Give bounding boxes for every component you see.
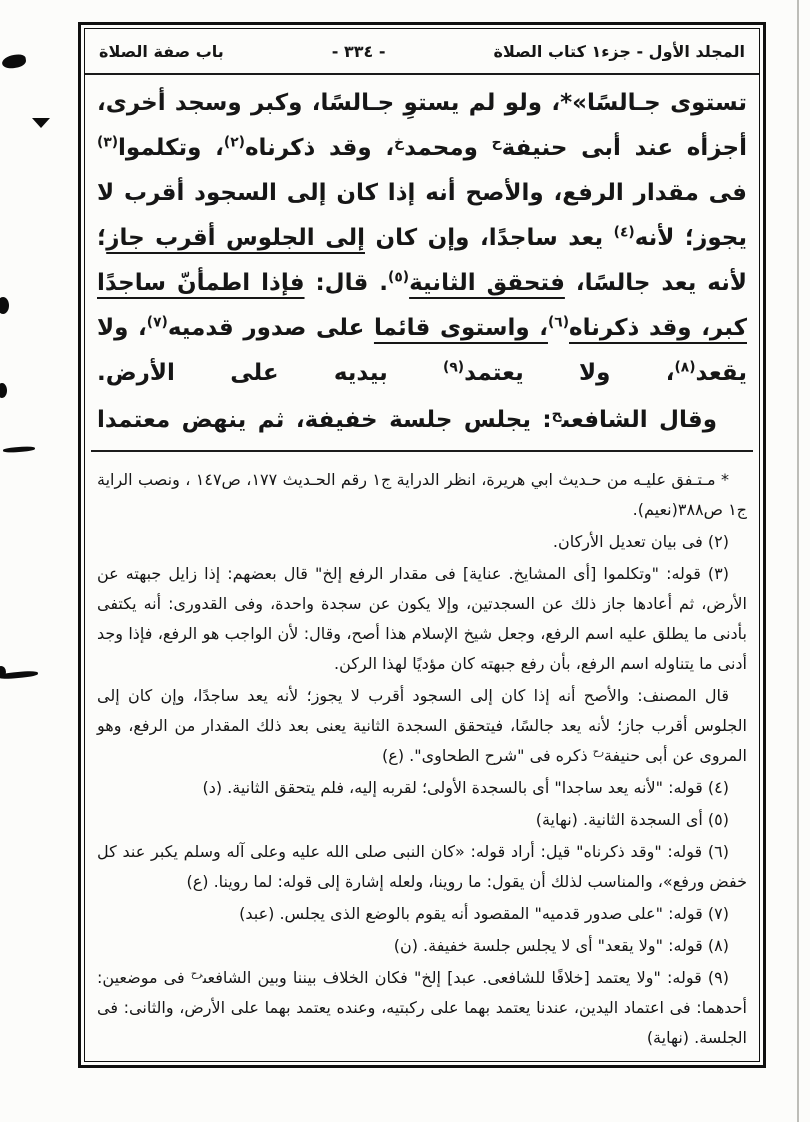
page-header: المجلد الأول - جزء١ كتاب الصلاة - ٣٣٤ - … [85,29,759,75]
footnote-ref: (٧) [147,314,168,330]
footnote-paragraph: (٥) أى السجدة الثانية. (نهاية) [97,805,747,835]
text-run: بيديه على الأرض. [97,360,443,386]
footnote-paragraph: (٣) قوله: "وتكلموا [أى المشايخ. عناية] ف… [97,559,747,679]
text-run: ذكره فى "شرح الطحاوى". (ع) [382,746,593,765]
body-text: تستوى جـالسًا»*، ولو لم يستوِ جـالسًا، و… [85,77,759,449]
ink-mark [0,297,9,314]
text-run: فتحقق الثانية [409,270,565,296]
text-run: (٢) فى بيان تعديل الأركان. [553,532,729,551]
footnote-ref: رح [593,747,604,758]
text-run: ، وتكلموا [118,135,224,161]
text-run: ومحمد [404,135,492,161]
footnote-paragraph: (٢) فى بيان تعديل الأركان. [97,527,747,557]
footnote-paragraph: (٧) قوله: "على صدور قدميه" المقصود أنه ي… [97,899,747,929]
text-run: (٥) أى السجدة الثانية. (نهاية) [536,810,729,829]
text-run: وقال الشافعى [562,407,717,433]
footnote-paragraph: قال المصنف: والأصح أنه إذا كان إلى السجو… [97,681,747,771]
ink-mark [3,446,35,453]
text-run: (٦) قوله: "وقد ذكرناه" قيل: أراد قوله: «… [97,842,747,891]
text-run: * مـتـفق عليـه من حـديث ابي هريرة، انظر … [97,470,747,519]
footnote-ref: رح [191,969,203,980]
text-run: على صدور قدميه [168,315,374,341]
header-volume-title: المجلد الأول - جزء١ كتاب الصلاة [494,42,745,61]
text-run: إلى الجلوس أقرب جاز [106,225,365,251]
ink-mark [0,383,7,398]
text-run: (٨) قوله: "ولا يقعد" أى لا يجلس جلسة خفي… [394,936,729,955]
text-run: ، ولا يعتمد [464,360,674,386]
footnotes: * مـتـفق عليـه من حـديث ابي هريرة، انظر … [85,459,759,1057]
header-chapter-title: باب صفة الصلاة [99,42,224,61]
footnote-paragraph: (١٠) رواه البخارى. (ت) [97,1055,747,1057]
footnote-ref: (٤) [614,224,635,240]
page-frame-inner: المجلد الأول - جزء١ كتاب الصلاة - ٣٣٤ - … [84,28,760,1062]
footnote-ref: (٨) [674,359,695,375]
ink-mark [1,53,27,69]
footnote-ref: (٣) [97,134,118,150]
text-run: (٤) قوله: "لأنه يعد ساجدا" أى بالسجدة ال… [202,778,729,797]
footnote-paragraph: * مـتـفق عليـه من حـديث ابي هريرة، انظر … [97,465,747,525]
footnote-ref: (٩) [443,359,464,375]
page-frame: المجلد الأول - جزء١ كتاب الصلاة - ٣٣٤ - … [78,22,766,1068]
footnote-ref: خ [394,134,404,150]
body-paragraph: وقال الشافعىح: يجلس جلسة خفيفة، ثم ينهض … [97,398,747,449]
footnote-paragraph: (٩) قوله: "ولا يعتمد [خلافًا للشافعى. عب… [97,963,747,1053]
body-paragraph: تستوى جـالسًا»*، ولو لم يستوِ جـالسًا، و… [97,81,747,396]
footnote-paragraph: (٤) قوله: "لأنه يعد ساجدا" أى بالسجدة ال… [97,773,747,803]
header-page-number: - ٣٣٤ - [332,42,386,61]
footnote-ref: (٥) [388,269,409,285]
text-run: يعد ساجدًا، وإن كان [365,225,614,251]
footnote-ref: ح [552,406,562,422]
footnote-ref: (٢) [224,134,245,150]
footnote-ref: (٦) [548,314,569,330]
footnote-ref: ح [492,134,502,150]
text-run: (٣) قوله: "وتكلموا [أى المشايخ. عناية] ف… [97,564,747,673]
scan-edge-line [797,0,799,1122]
text-run: (٧) قوله: "على صدور قدميه" المقصود أنه ي… [239,904,729,923]
text-run: ، واستوى قائما [374,315,548,341]
arrow-mark-icon [32,118,50,128]
footnote-paragraph: (٨) قوله: "ولا يقعد" أى لا يجلس جلسة خفي… [97,931,747,961]
scanned-book-page: { "header": { "volume": "المجلد الأول - … [0,0,810,1122]
footnote-paragraph: (٦) قوله: "وقد ذكرناه" قيل: أراد قوله: «… [97,837,747,897]
footnote-separator [91,450,753,452]
text-run: (٩) قوله: "ولا يعتمد [خلافًا للشافعى. عب… [203,968,729,987]
text-run: ، وقد ذكرناه [245,135,394,161]
text-run: . قال: [305,270,389,296]
